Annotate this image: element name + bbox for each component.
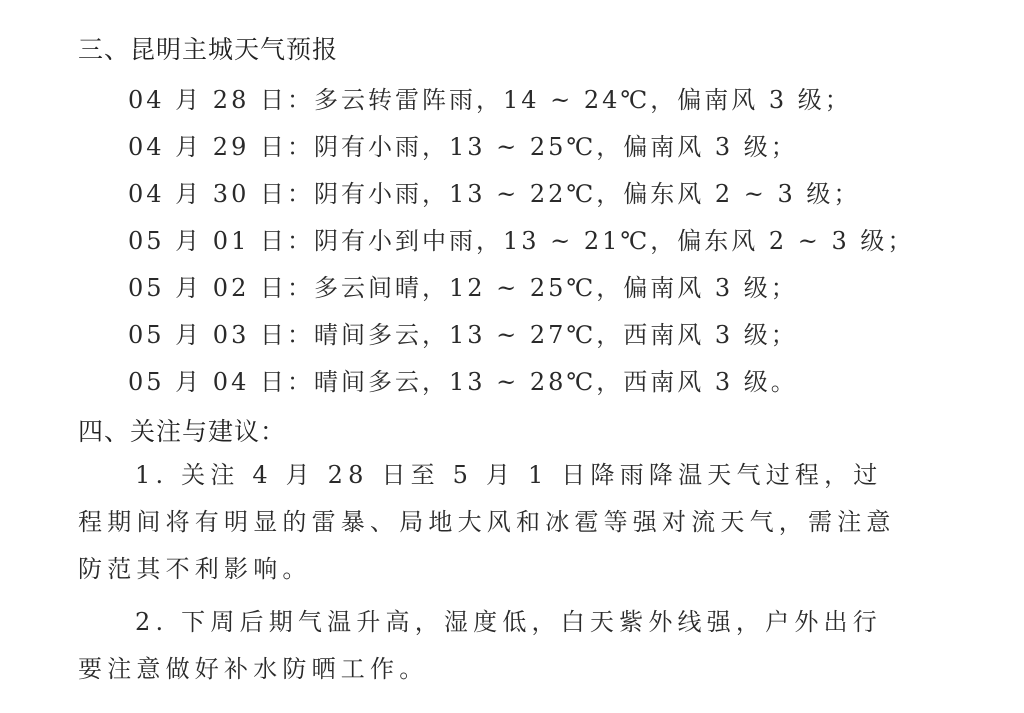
forecast-wind: 偏东风 2 ~ 3 级 bbox=[677, 227, 887, 255]
forecast-temp: 13 ~ 25℃ bbox=[449, 133, 596, 161]
forecast-temp: 13 ~ 27℃ bbox=[449, 321, 596, 349]
forecast-wind: 西南风 3 级 bbox=[623, 368, 771, 396]
forecast-line: 04 月 28 日：多云转雷阵雨，14 ~ 24℃，偏南风 3 级； bbox=[128, 80, 852, 115]
forecast-date: 04 月 28 日： bbox=[128, 86, 314, 114]
forecast-weather: 阴有小雨 bbox=[314, 133, 422, 161]
advice-item-1: 1. 关注 4 月 28 日至 5 月 1 日降雨降温天气过程，过程期间将有明显… bbox=[78, 452, 898, 593]
forecast-date: 05 月 01 日： bbox=[128, 227, 314, 255]
forecast-wind: 偏东风 2 ~ 3 级 bbox=[623, 180, 833, 208]
forecast-weather: 晴间多云 bbox=[314, 321, 422, 349]
forecast-wind: 偏南风 3 级 bbox=[623, 274, 771, 302]
forecast-temp: 13 ~ 28℃ bbox=[449, 368, 596, 396]
forecast-date: 04 月 30 日： bbox=[128, 180, 314, 208]
forecast-weather: 多云转雷阵雨 bbox=[314, 86, 476, 114]
forecast-end: ； bbox=[771, 321, 798, 349]
forecast-end: ； bbox=[771, 274, 798, 302]
forecast-section-heading: 三、昆明主城天气预报 bbox=[78, 30, 338, 66]
forecast-weather: 多云间晴 bbox=[314, 274, 422, 302]
forecast-temp: 14 ~ 24℃ bbox=[503, 86, 650, 114]
forecast-weather: 阴有小雨 bbox=[314, 180, 422, 208]
forecast-wind: 偏南风 3 级 bbox=[677, 86, 825, 114]
forecast-end: ； bbox=[833, 180, 860, 208]
forecast-line: 04 月 30 日：阴有小雨，13 ~ 22℃，偏东风 2 ~ 3 级； bbox=[128, 174, 860, 209]
forecast-weather: 晴间多云 bbox=[314, 368, 422, 396]
forecast-end: ； bbox=[887, 227, 914, 255]
forecast-temp: 12 ~ 25℃ bbox=[449, 274, 596, 302]
forecast-temp: 13 ~ 22℃ bbox=[449, 180, 596, 208]
advice-section-heading: 四、关注与建议： bbox=[78, 412, 286, 448]
forecast-end: ； bbox=[825, 86, 852, 114]
forecast-end: 。 bbox=[771, 368, 798, 396]
forecast-temp: 13 ~ 21℃ bbox=[503, 227, 650, 255]
forecast-wind: 偏南风 3 级 bbox=[623, 133, 771, 161]
forecast-line: 05 月 04 日：晴间多云，13 ~ 28℃，西南风 3 级。 bbox=[128, 362, 798, 397]
forecast-date: 05 月 04 日： bbox=[128, 368, 314, 396]
forecast-line: 05 月 02 日：多云间晴，12 ~ 25℃，偏南风 3 级； bbox=[128, 268, 798, 303]
forecast-line: 05 月 03 日：晴间多云，13 ~ 27℃，西南风 3 级； bbox=[128, 315, 798, 350]
forecast-date: 05 月 03 日： bbox=[128, 321, 314, 349]
advice-item-2: 2. 下周后期气温升高，湿度低，白天紫外线强，户外出行要注意做好补水防晒工作。 bbox=[78, 599, 898, 693]
forecast-date: 04 月 29 日： bbox=[128, 133, 314, 161]
forecast-end: ； bbox=[771, 133, 798, 161]
forecast-date: 05 月 02 日： bbox=[128, 274, 314, 302]
forecast-weather: 阴有小到中雨 bbox=[314, 227, 476, 255]
forecast-line: 05 月 01 日：阴有小到中雨，13 ~ 21℃，偏东风 2 ~ 3 级； bbox=[128, 221, 914, 256]
forecast-line: 04 月 29 日：阴有小雨，13 ~ 25℃，偏南风 3 级； bbox=[128, 127, 798, 162]
forecast-wind: 西南风 3 级 bbox=[623, 321, 771, 349]
